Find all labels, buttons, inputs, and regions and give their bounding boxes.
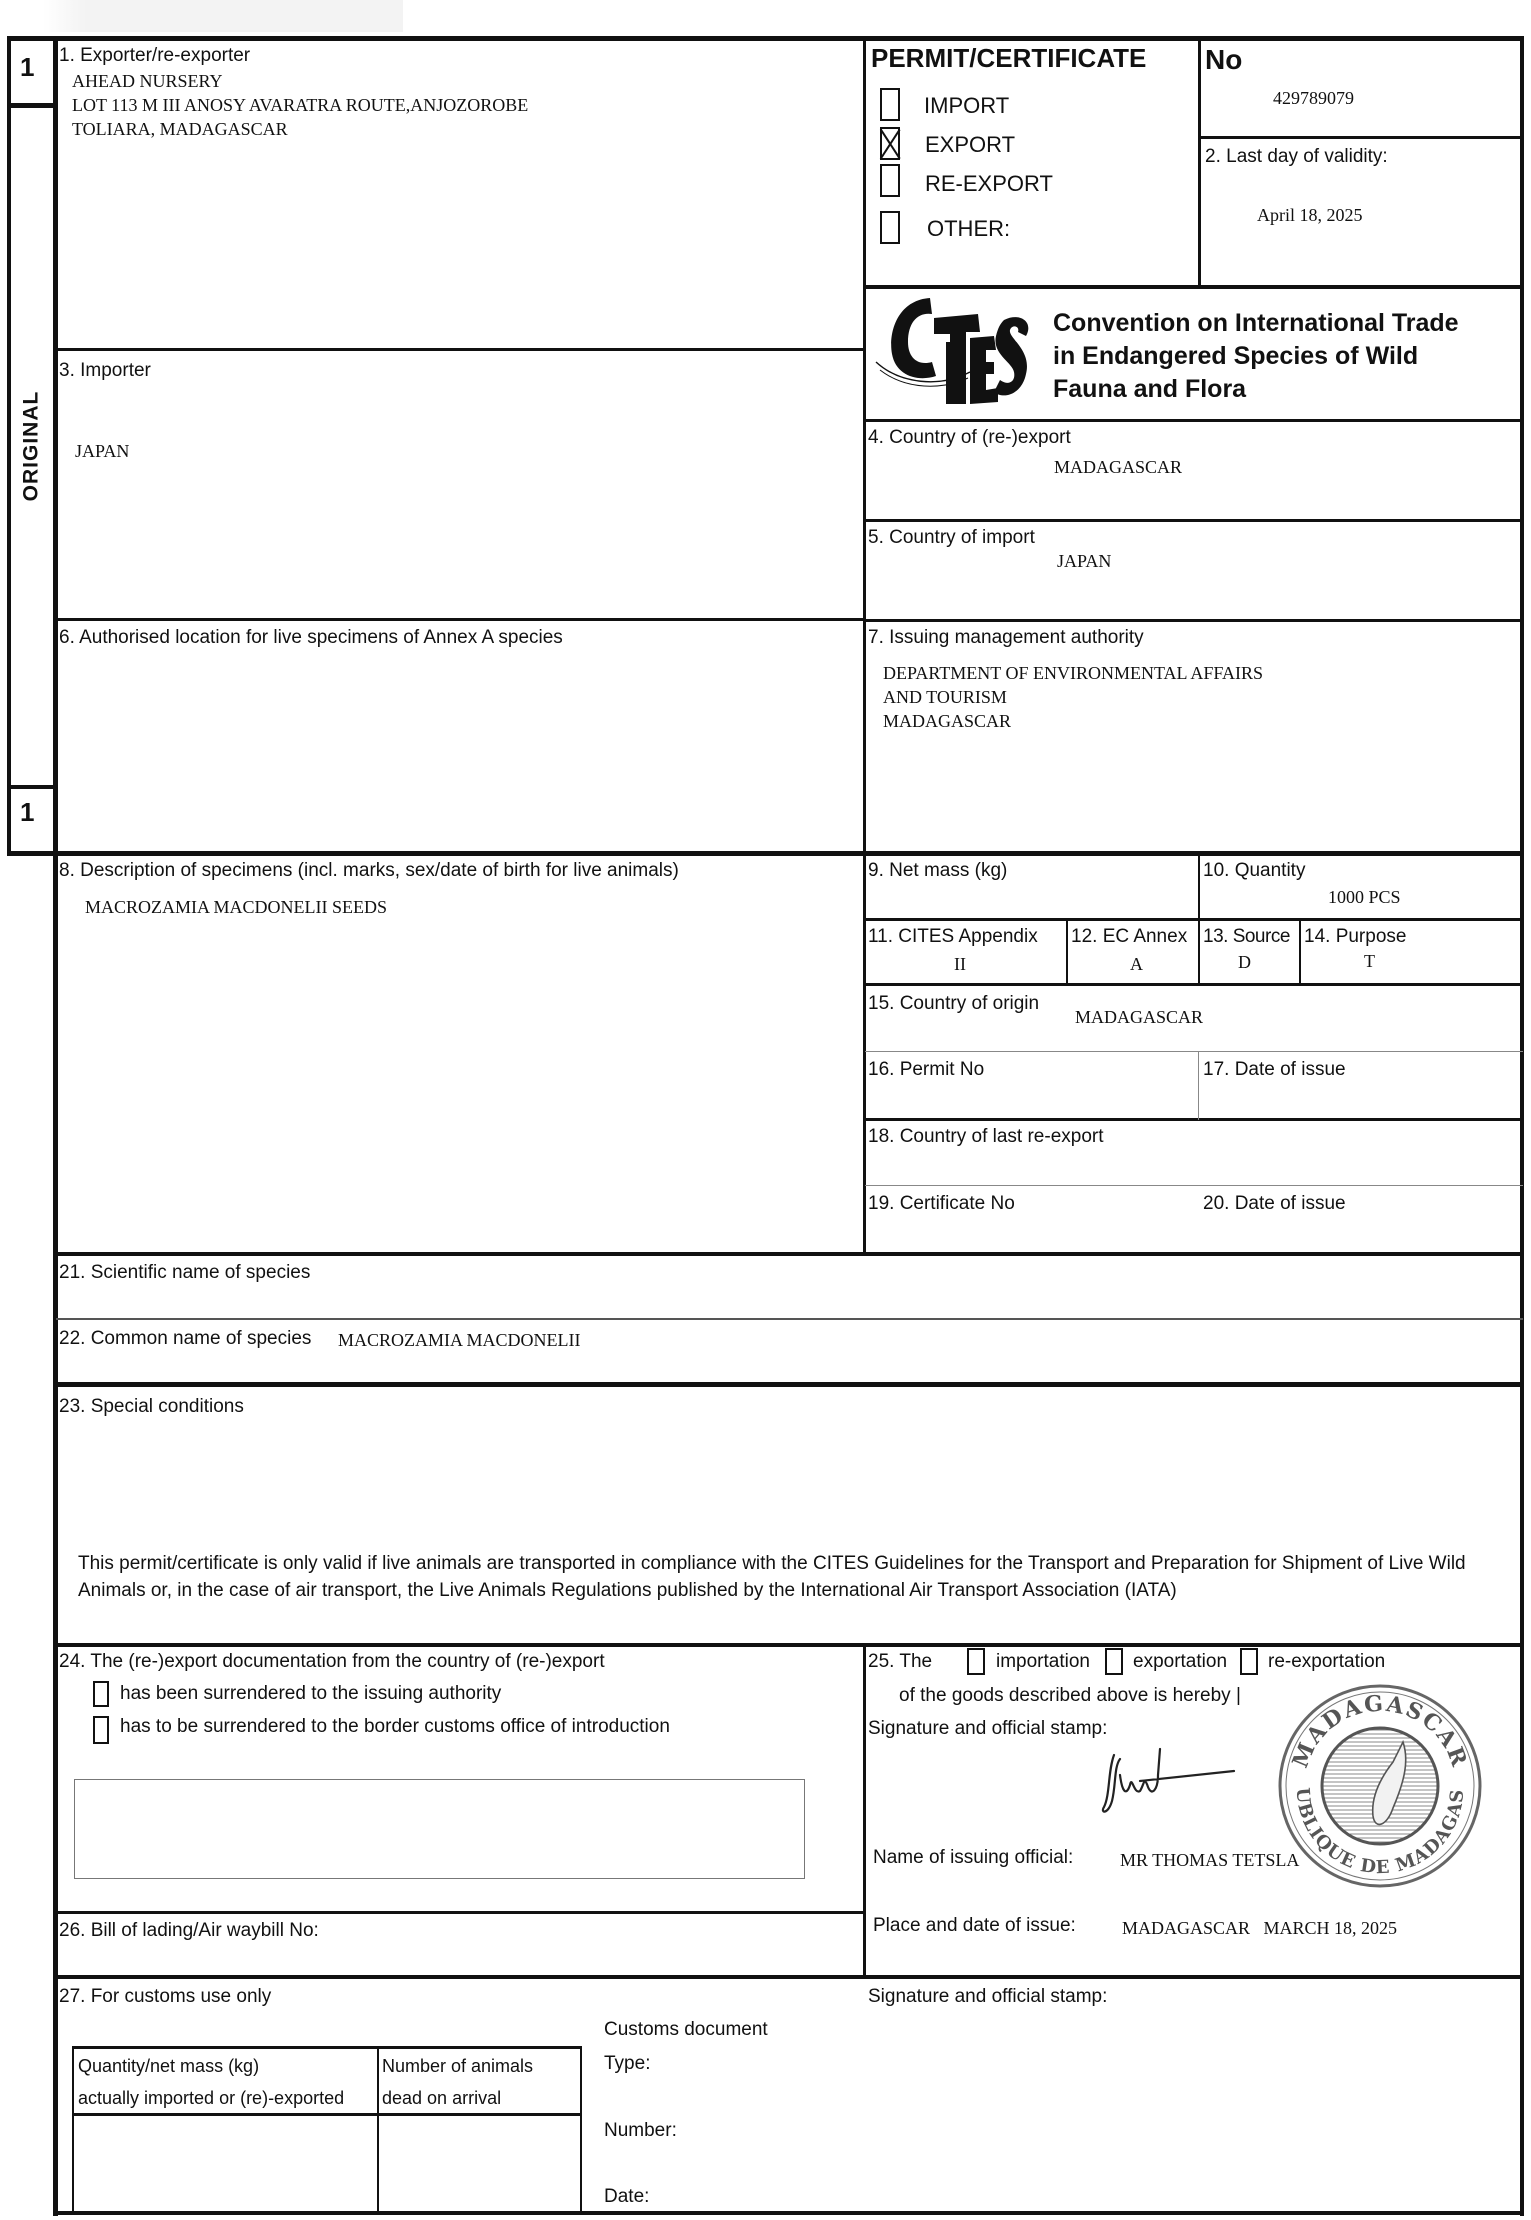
- field-6-label: 6. Authorised location for live specimen…: [59, 627, 563, 649]
- field-4-label: 4. Country of (re-)export: [868, 427, 1071, 449]
- field-25-place-label: Place and date of issue:: [873, 1915, 1076, 1937]
- divider-24-26: [56, 1911, 865, 1914]
- customs-table-top: [73, 2046, 582, 2049]
- cites-title-line-2: in Endangered Species of Wild: [1053, 340, 1459, 373]
- exporter-name: AHEAD NURSERY: [72, 69, 223, 93]
- issuing-official-value: MR THOMAS TETSLA: [1120, 1848, 1299, 1872]
- exporter-city: TOLIARA, MADAGASCAR: [72, 117, 288, 141]
- customs-table-right: [580, 2046, 582, 2213]
- authority-line-3: MADAGASCAR: [883, 709, 1011, 733]
- divider-16-17-v: [1198, 1052, 1199, 1120]
- field-17-label: 17. Date of issue: [1203, 1059, 1346, 1081]
- divider-18-19: [865, 1185, 1523, 1186]
- validity-date: April 18, 2025: [1257, 203, 1363, 227]
- field-25-prefix: 25. The: [868, 1651, 932, 1673]
- customs-header-qty-2: actually imported or (re)-exported: [78, 2087, 344, 2109]
- divider-15-16: [865, 1051, 1523, 1052]
- customs-date-label: Date:: [604, 2186, 649, 2208]
- option-import-label: IMPORT: [924, 93, 1009, 119]
- exporter-address: LOT 113 M III ANOSY AVARATRA ROUTE,ANJOZ…: [72, 93, 528, 117]
- form-border-right: [1520, 36, 1524, 2216]
- field-24-entry-box[interactable]: [74, 1779, 805, 1879]
- customs-header-dead-2: dead on arrival: [382, 2087, 501, 2109]
- divider-9-11: [865, 918, 1523, 921]
- option-other-label: OTHER:: [927, 216, 1010, 242]
- no-divider: [1198, 36, 1201, 288]
- cites-title-line-1: Convention on International Trade: [1053, 307, 1459, 340]
- checkbox-importation[interactable]: [967, 1648, 985, 1675]
- option-importation: importation: [996, 1651, 1090, 1673]
- middle-divider-upper: [863, 36, 866, 1256]
- authority-line-2: AND TOURISM: [883, 685, 1007, 709]
- cites-logo-icon: [870, 292, 1050, 412]
- customs-table-header-bottom: [73, 2113, 582, 2116]
- customs-document-label: Customs document: [604, 2019, 768, 2041]
- field-25-official-label: Name of issuing official:: [873, 1847, 1073, 1869]
- field-2-label: 2. Last day of validity:: [1205, 146, 1388, 168]
- no-bottom-divider: [1198, 136, 1523, 139]
- divider-5-7: [865, 619, 1523, 622]
- customs-qty-cell[interactable]: [75, 2117, 376, 2211]
- checkbox-surrendered-border[interactable]: [93, 1716, 109, 1744]
- cites-title-line-3: Fauna and Flora: [1053, 373, 1459, 406]
- field-20-label: 20. Date of issue: [1203, 1193, 1346, 1215]
- country-reexport-value: MADAGASCAR: [1054, 455, 1182, 479]
- divider-permit-cites: [865, 285, 1523, 289]
- field-19-label: 19. Certificate No: [868, 1193, 1015, 1215]
- divider-3-6: [56, 618, 865, 621]
- form-border-bottom: [53, 2211, 1524, 2215]
- ec-annex-value: A: [1130, 952, 1143, 976]
- field-9-label: 9. Net mass (kg): [868, 860, 1007, 882]
- field-1-label: 1. Exporter/re-exporter: [59, 45, 250, 67]
- copy-number-top: 1: [20, 52, 34, 83]
- checkbox-export[interactable]: [880, 127, 900, 160]
- customs-table-mid: [377, 2046, 379, 2213]
- country-origin-value: MADAGASCAR: [1075, 1005, 1203, 1029]
- importer-value: JAPAN: [75, 439, 129, 463]
- copy-marker-text: ORIGINAL: [20, 391, 44, 502]
- field-11-label: 11. CITES Appendix: [868, 926, 1038, 948]
- form-border-top: [7, 36, 1524, 41]
- field-12-label: 12. EC Annex: [1071, 926, 1187, 948]
- field-27-label: 27. For customs use only: [59, 1986, 271, 2008]
- place-date-value: MADAGASCAR MARCH 18, 2025: [1122, 1916, 1397, 1940]
- checkbox-import[interactable]: [880, 88, 900, 121]
- checkbox-other[interactable]: [880, 211, 900, 244]
- field-22-label: 22. Common name of species: [59, 1328, 311, 1350]
- permit-no-label: No: [1205, 45, 1242, 75]
- divider-9-10-v: [1198, 853, 1200, 985]
- permit-no-value: 429789079: [1273, 86, 1354, 110]
- divider-21-22: [56, 1318, 1523, 1320]
- checkbox-surrendered-issuing[interactable]: [93, 1681, 109, 1707]
- option-surrendered-issuing: has been surrendered to the issuing auth…: [120, 1683, 501, 1705]
- customs-header-dead-1: Number of animals: [382, 2055, 533, 2077]
- common-name-value: MACROZAMIA MACDONELII: [338, 1328, 581, 1352]
- divider-22-23: [56, 1382, 1523, 1387]
- specimen-description: MACROZAMIA MACDONELII SEEDS: [85, 895, 387, 919]
- checkbox-re-exportation[interactable]: [1240, 1648, 1258, 1675]
- customs-dead-cell[interactable]: [380, 2117, 579, 2211]
- field-27-signature-label: Signature and official stamp:: [868, 1986, 1107, 2008]
- field-25-line2: of the goods described above is hereby |: [899, 1685, 1241, 1707]
- option-exportation: exportation: [1133, 1651, 1227, 1673]
- field-21-label: 21. Scientific name of species: [59, 1262, 310, 1284]
- divider-16-18: [865, 1118, 1523, 1121]
- field-24-label: 24. The (re-)export documentation from t…: [59, 1651, 605, 1673]
- purpose-value: T: [1364, 949, 1375, 973]
- customs-table-left: [72, 2046, 74, 2213]
- cites-appendix-value: II: [954, 952, 966, 976]
- field-10-label: 10. Quantity: [1203, 860, 1305, 882]
- section-divider-8: [7, 851, 1524, 856]
- divider-11-12-v: [1066, 919, 1068, 985]
- customs-type-label: Type:: [604, 2053, 650, 2075]
- checkbox-re-export[interactable]: [880, 164, 900, 197]
- divider-cites-4: [865, 419, 1523, 422]
- option-re-exportation: re-exportation: [1268, 1651, 1385, 1673]
- field-25-signature-label: Signature and official stamp:: [868, 1718, 1107, 1740]
- divider-23-24: [56, 1643, 1523, 1647]
- middle-divider-lower: [863, 1645, 866, 1977]
- field-18-label: 18. Country of last re-export: [868, 1126, 1104, 1148]
- field-26-label: 26. Bill of lading/Air waybill No:: [59, 1920, 319, 1942]
- field-8-label: 8. Description of specimens (incl. marks…: [59, 860, 679, 882]
- divider-20-21: [56, 1252, 1523, 1256]
- quantity-value: 1000 PCS: [1328, 885, 1401, 909]
- authority-line-1: DEPARTMENT OF ENVIRONMENTAL AFFAIRS: [883, 661, 1263, 685]
- divider-13-14-v: [1299, 919, 1301, 985]
- field-7-label: 7. Issuing management authority: [868, 627, 1144, 649]
- copy-number-bottom: 1: [20, 797, 34, 828]
- iata-notice: This permit/certificate is only valid if…: [78, 1550, 1518, 1604]
- checkbox-exportation[interactable]: [1105, 1648, 1123, 1675]
- field-15-label: 15. Country of origin: [868, 993, 1039, 1015]
- option-export-label: EXPORT: [925, 132, 1015, 158]
- divider-11-15: [865, 983, 1523, 986]
- option-surrendered-border: has to be surrendered to the border cust…: [120, 1716, 670, 1738]
- customs-number-label: Number:: [604, 2120, 677, 2142]
- permit-title: PERMIT/CERTIFICATE: [871, 43, 1146, 73]
- country-import-value: JAPAN: [1057, 549, 1111, 573]
- official-stamp-icon: MADAGASCAR RÉPUBLIQUE DE MADAGASCAR: [1275, 1680, 1485, 1892]
- divider-26-27: [56, 1975, 1523, 1979]
- field-16-label: 16. Permit No: [868, 1059, 984, 1081]
- customs-header-qty-1: Quantity/net mass (kg): [78, 2055, 259, 2077]
- field-13-label: 13. Source: [1203, 926, 1290, 948]
- copy-marker: ORIGINAL: [7, 105, 56, 787]
- field-23-label: 23. Special conditions: [59, 1396, 244, 1418]
- page-tab-shade: [43, 0, 403, 32]
- divider-4-5: [865, 519, 1523, 522]
- divider-1-3: [56, 348, 865, 351]
- source-value: D: [1238, 950, 1251, 974]
- option-re-export-label: RE-EXPORT: [925, 171, 1053, 197]
- signature-icon: [1100, 1745, 1240, 1815]
- field-14-label: 14. Purpose: [1304, 926, 1406, 948]
- cites-title: Convention on International Trade in End…: [1053, 307, 1459, 406]
- field-5-label: 5. Country of import: [868, 527, 1035, 549]
- field-3-label: 3. Importer: [59, 360, 151, 382]
